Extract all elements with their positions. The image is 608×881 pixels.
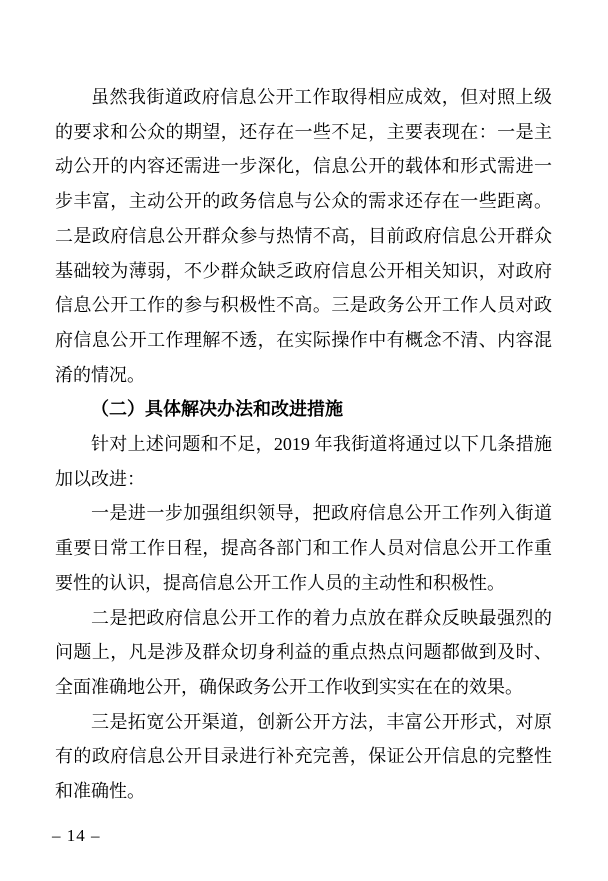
paragraph-shortcomings: 虽然我街道政府信息公开工作取得相应成效，但对照上级的要求和公众的期望，还存在一些… <box>55 80 552 392</box>
document-page: 虽然我街道政府信息公开工作取得相应成效，但对照上级的要求和公众的期望，还存在一些… <box>0 0 608 881</box>
paragraph-measure-3: 三是拓宽公开渠道，创新公开方法，丰富公开形式，对原有的政府信息公开目录进行补充完… <box>55 705 552 809</box>
document-body: 虽然我街道政府信息公开工作取得相应成效，但对照上级的要求和公众的期望，还存在一些… <box>55 80 552 809</box>
paragraph-measure-1: 一是进一步加强组织领导，把政府信息公开工作列入街道重要日常工作日程，提高各部门和… <box>55 496 552 600</box>
paragraph-intro-measures: 针对上述问题和不足，2019 年我街道将通过以下几条措施加以改进： <box>55 427 552 496</box>
paragraph-measure-2: 二是把政府信息公开工作的着力点放在群众反映最强烈的问题上，凡是涉及群众切身利益的… <box>55 601 552 705</box>
page-number: – 14 – <box>52 826 101 846</box>
section-heading-improvement-measures: （二）具体解决办法和改进措施 <box>55 392 552 427</box>
